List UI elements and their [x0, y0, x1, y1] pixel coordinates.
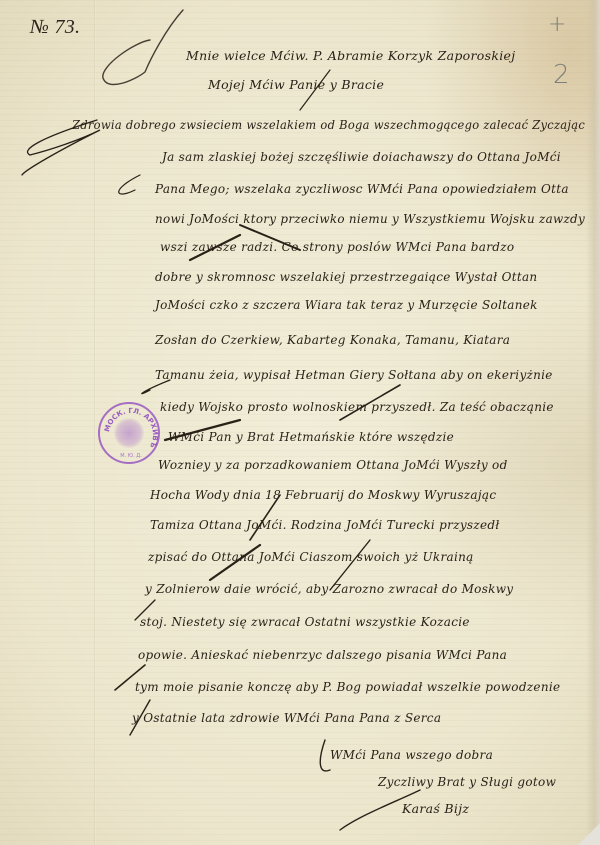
body-line: tym moie pisanie konczę aby P. Bog powia…: [135, 680, 560, 694]
torn-corner: [578, 823, 600, 845]
page-edge: [586, 0, 600, 845]
address-line-2: Mojej Mćiw Panie y Bracie: [208, 77, 384, 92]
body-line: dobre y skromnosc wszelakiej przestrzega…: [155, 270, 537, 284]
body-line: y Zolnierow daie wrócić, aby Zarozno zwr…: [145, 582, 513, 596]
body-line: Pana Mego; wszelaka zyczliwosc WMći Pana…: [155, 182, 569, 196]
archive-stamp: МОСК. ГЛ. АРХИВЪ М. Ю. Д.: [98, 402, 160, 464]
body-line: zpisać do Ottana JoMći Ciaszom swoich yż…: [148, 550, 474, 564]
body-line: Zdrowia dobrego zwsieciem wszelakiem od …: [72, 118, 585, 132]
body-line: stoj. Niestety się zwracał Ostatni wszys…: [140, 615, 470, 629]
body-line: WMći Pan y Brat Hetmańskie które wszędzi…: [168, 430, 454, 444]
closing-line-2: Zyczliwy Brat y Sługi gotow: [378, 775, 556, 789]
closing-line-1: WMći Pana wszego dobra: [330, 748, 493, 762]
body-line: Hocha Wody dnia 18 Februarij do Moskwy W…: [150, 488, 496, 502]
document-number: № 73.: [30, 16, 80, 39]
signature: Karaś Bijz: [402, 801, 469, 816]
body-line: nowi JoMości ktory przeciwko niemu y Wsz…: [155, 212, 585, 226]
address-line-1: Mnie wielce Mćiw. P. Abramie Korzyk Zapo…: [186, 48, 515, 63]
body-line: Zosłan do Czerkiew, Kabarteg Konaka, Tam…: [155, 333, 510, 347]
body-line: opowie. Anieskać niebenrzyc dalszego pis…: [138, 648, 507, 662]
body-line: wszi zawsze radzi. Co strony poslów WMci…: [160, 240, 514, 254]
body-line: Ja sam zlaskiej bożej szczęśliwie doiach…: [162, 150, 561, 164]
body-line: Wozniey y za porzadkowaniem Ottana JoMći…: [158, 458, 508, 472]
svg-text:М. Ю. Д.: М. Ю. Д.: [120, 453, 142, 459]
stamp-text-ring: МОСК. ГЛ. АРХИВЪ М. Ю. Д.: [100, 404, 162, 466]
pencil-page-number: 2: [553, 60, 570, 90]
body-line: kiedy Wojsko prosto wolnoskiem przyszedł…: [160, 400, 554, 414]
manuscript-page: № 73. + 2 Mnie wielce Mćiw. P. Abramie K…: [0, 0, 600, 845]
svg-text:МОСК. ГЛ. АРХИВЪ: МОСК. ГЛ. АРХИВЪ: [103, 407, 159, 449]
pencil-cross-mark: +: [548, 12, 566, 37]
body-line: JoMości czko z szczera Wiara tak teraz y…: [155, 298, 538, 312]
body-line: y Ostatnie lata zdrowie WMći Pana Pana z…: [132, 711, 441, 725]
body-line: Tamanu żeia, wypisał Hetman Giery Sołtan…: [155, 368, 553, 382]
body-line: Tamiza Ottana JoMći. Rodzina JoMći Turec…: [150, 518, 500, 532]
